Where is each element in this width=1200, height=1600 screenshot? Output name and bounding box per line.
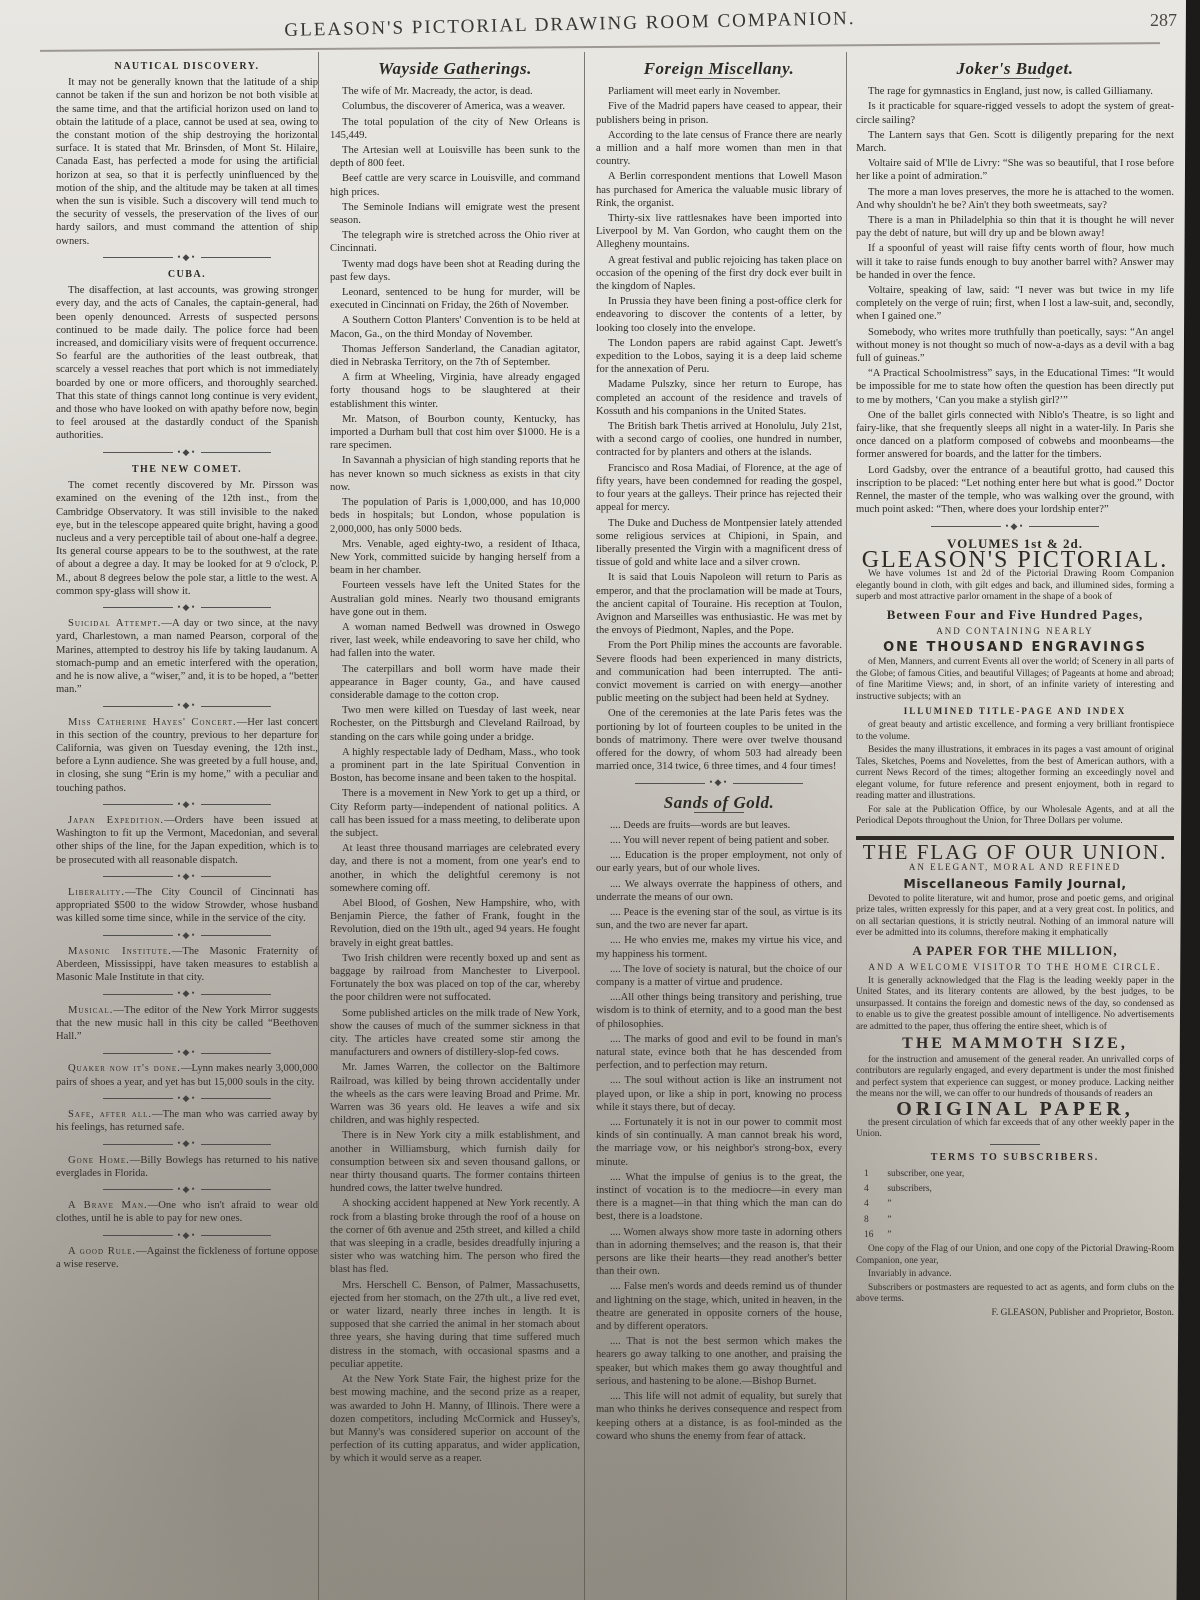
ad-subhead: A PAPER FOR THE MILLION, [856,944,1174,957]
news-item-lead: Miss Catherine Hayes' Concert. [68,717,237,728]
paragraph: Two men were killed on Tuesday of last w… [330,704,580,744]
news-item-text: —A day or two since, at the navy yard, C… [56,618,318,695]
paragraph: According to the late census of France t… [596,129,842,169]
section-title: THE NEW COMET. [56,463,318,476]
terms-row: 16” [858,1229,970,1242]
article-text: The disaffection, at last accounts, was … [56,284,318,442]
news-item-lead: A good Rule. [68,1246,136,1257]
header-rule [40,42,1160,52]
ad-text: for the instruction and amusement of the… [856,1055,1174,1101]
terms-count: 1 [858,1168,879,1181]
paragraph: .... Education is the proper employment,… [596,849,842,875]
column-news: NAUTICAL DISCOVERY. It may not be genera… [52,56,322,1600]
news-item: A Brave Man.—One who isn't afraid to wea… [56,1199,318,1225]
ad-text: Subscribers or postmasters are requested… [856,1283,1174,1306]
ad-subhead: AND A WELCOME VISITOR TO THE HOME CIRCLE… [856,961,1174,974]
news-item-lead: Gone Home. [68,1155,130,1166]
news-item: Japan Expedition.—Orders have been issue… [56,814,318,867]
column-foreign-miscellany: Foreign Miscellany. Parliament will meet… [592,56,846,1600]
ornament-divider: •◆• [56,870,318,883]
ad-text: For sale at the Publication Office, by o… [856,805,1174,828]
news-item-lead: Safe, after all. [68,1109,152,1120]
paragraph: A Berlin correspondent mentions that Low… [596,170,842,210]
ad-text: Invariably in advance. [856,1269,1174,1281]
ad-subhead: ORIGINAL PAPER, [856,1103,1174,1116]
paragraph: .... This life will not admit of equalit… [596,1390,842,1443]
masthead: GLEASON'S PICTORIAL DRAWING ROOM COMPANI… [270,8,870,43]
ad-title: THE FLAG OF OUR UNION. [856,846,1174,859]
column-jokers-budget: Joker's Budget. The rage for gymnastics … [852,56,1178,1600]
newspaper-page: GLEASON'S PICTORIAL DRAWING ROOM COMPANI… [0,0,1186,1600]
terms-label: subscriber, one year, [881,1168,970,1181]
news-item-lead: Musical. [68,1005,113,1016]
paragraph: The London papers are rabid against Capt… [596,337,842,377]
ornament-divider: •◆• [56,1046,318,1059]
paragraph: The Duke and Duchess de Montpensier late… [596,517,842,570]
column-divider [584,52,585,1600]
paragraph: The caterpillars and boll worm have made… [330,663,580,703]
short-rule [430,78,480,79]
paragraph: The more a man loves preserves, the more… [856,186,1174,212]
news-items: •◆•Suicidal Attempt.—A day or two since,… [56,601,318,1271]
paragraph: .... Fortunately it is not in our power … [596,1116,842,1169]
paragraph: Leonard, sentenced to be hung for murder… [330,286,580,312]
ad-subhead: THE MAMMOTH SIZE, [856,1037,1174,1050]
column-wayside-gatherings: Wayside Gatherings. The wife of Mr. Macr… [326,56,584,1600]
short-rule [990,78,1040,79]
terms-table: 1subscriber, one year,4subscribers,4”8”1… [856,1166,972,1244]
paragraph: .... Peace is the evening star of the so… [596,906,842,932]
paragraph-list: Parliament will meet early in November.F… [596,85,842,773]
paragraph: One of the ballet girls connected with N… [856,409,1174,462]
paragraph: If a spoonful of yeast will raise fifty … [856,242,1174,282]
terms-row: 1subscriber, one year, [858,1168,970,1181]
paragraph: A shocking accident happened at New York… [330,1197,580,1276]
ad-text: It is generally acknowledged that the Fl… [856,976,1174,1034]
news-item-lead: Liberality. [68,887,125,898]
news-item: Miss Catherine Hayes' Concert.—Her last … [56,716,318,795]
paragraph: A great festival and public rejoicing ha… [596,254,842,294]
ornament-divider: •◆• [56,1229,318,1242]
paragraph: Francisco and Rosa Madiai, of Florence, … [596,462,842,515]
news-item-lead: Quaker now it's done. [68,1063,181,1074]
paragraph: .... We always overrate the happiness of… [596,878,842,904]
ad-text: Devoted to polite literature, wit and hu… [856,894,1174,940]
ornament-divider: •◆• [56,251,318,264]
paragraph: From the Port Philip mines the accounts … [596,639,842,705]
ad-subhead: AND CONTAINING NEARLY [856,625,1174,638]
news-item: Gone Home.—Billy Bowlegs has returned to… [56,1154,318,1180]
paragraph: Mr. Matson, of Bourbon county, Kentucky,… [330,413,580,453]
ad-text: Besides the many illustrations, it embra… [856,745,1174,803]
ornament-divider: •◆• [56,601,318,614]
section-title: Foreign Miscellany. [596,62,842,75]
terms-row: 4” [858,1198,970,1211]
terms-count: 16 [858,1229,879,1242]
paragraph: “A Practical Schoolmistress” says, in th… [856,367,1174,407]
short-rule [990,1144,1040,1145]
ornament-divider: •◆• [56,987,318,1000]
paragraph: A firm at Wheeling, Virginia, have alrea… [330,371,580,411]
paragraph: Voltaire, speaking of law, said: “I neve… [856,284,1174,324]
ad-text: of Men, Manners, and current Events all … [856,657,1174,703]
article-text: The comet recently discovered by Mr. Pir… [56,479,318,598]
paragraph: .... What the impulse of genius is to th… [596,1171,842,1224]
paragraph: At the New York State Fair, the highest … [330,1373,580,1465]
paragraph: Somebody, who writes more truthfully tha… [856,326,1174,366]
paragraph: The total population of the city of New … [330,116,580,142]
short-rule [694,78,744,79]
paragraph: A woman named Bedwell was drowned in Osw… [330,621,580,661]
paragraph: A Southern Cotton Planters' Convention i… [330,314,580,340]
ornament-divider: •◆• [56,798,318,811]
paragraph: There is in New York city a milk establi… [330,1129,580,1195]
paragraph: Is it practicable for square-rigged vess… [856,100,1174,126]
sands-of-gold-list: .... Deeds are fruits—words are but leav… [596,819,842,1443]
news-item: Musical.—The editor of the New York Mirr… [56,1004,318,1044]
paragraph: Madame Pulszky, since her return to Euro… [596,378,842,418]
short-rule [694,812,744,813]
news-item: Safe, after all.—The man who was carried… [56,1108,318,1134]
paragraph: The rage for gymnastics in England, just… [856,85,1174,98]
paragraph: Thomas Jefferson Sanderland, the Canadia… [330,343,580,369]
ad-text: of great beauty and artistic excellence,… [856,720,1174,743]
section-title: Wayside Gatherings. [330,62,580,75]
terms-count: 8 [858,1214,879,1227]
advertisement-flag-of-our-union: THE FLAG OF OUR UNION. AN ELEGANT, MORAL… [856,846,1174,1319]
paragraph: .... You will never repent of being pati… [596,834,842,847]
ornament-divider: •◆• [56,1092,318,1105]
terms-label: ” [881,1198,970,1211]
paragraph-list: The wife of Mr. Macready, the actor, is … [330,85,580,1465]
terms-count: 4 [858,1183,879,1196]
paragraph: .... That is not the best sermon which m… [596,1335,842,1388]
paragraph: One of the ceremonies at the late Paris … [596,707,842,773]
news-item-lead: Masonic Institute. [68,946,172,957]
paragraph: Mrs. Venable, aged eighty-two, a residen… [330,538,580,578]
ornament-divider: •◆• [596,776,842,789]
paragraph: Some published articles on the milk trad… [330,1007,580,1060]
paragraph: Mrs. Herschell C. Benson, of Palmer, Mas… [330,1279,580,1371]
paragraph: In Prussia they have been fining a post-… [596,295,842,335]
terms-label: subscribers, [881,1183,970,1196]
section-title: Joker's Budget. [856,62,1174,75]
ornament-divider: •◆• [56,929,318,942]
news-item-lead: A Brave Man. [68,1200,148,1211]
terms-row: 8” [858,1214,970,1227]
news-item: Suicidal Attempt.—A day or two since, at… [56,617,318,696]
ad-subhead: Miscellaneous Family Journal, [856,877,1174,890]
paragraph: The telegraph wire is stretched across t… [330,229,580,255]
paragraph: Twenty mad dogs have been shot at Readin… [330,258,580,284]
paragraph: Beef cattle are very scarce in Louisvill… [330,172,580,198]
paragraph: The Artesian well at Louisville has been… [330,144,580,170]
ad-text: We have volumes 1st and 2d of the Pictor… [856,569,1174,604]
news-item: Liberality.—The City Council of Cincinna… [56,886,318,926]
paragraph: The Lantern says that Gen. Scott is dili… [856,129,1174,155]
paragraph: .... The soul without action is like an … [596,1074,842,1114]
paragraph: There is a movement in New York to get u… [330,787,580,840]
ornament-divider: •◆• [56,1183,318,1196]
article-text: It may not be generally known that the l… [56,76,318,248]
news-item-lead: Japan Expedition. [68,815,164,826]
terms-title: TERMS TO SUBSCRIBERS. [856,1151,1174,1164]
paragraph: A highly respectable lady of Dedham, Mas… [330,746,580,786]
paragraph: The Seminole Indians will emigrate west … [330,201,580,227]
terms-count: 4 [858,1198,879,1211]
paragraph: Voltaire said of M'lle de Livry: “She wa… [856,157,1174,183]
ornament-divider: •◆• [56,1137,318,1150]
paragraph: .... False men's words and deeds remind … [596,1280,842,1333]
ornament-divider: •◆• [856,520,1174,533]
ad-subhead: ONE THOUSAND ENGRAVINGS [856,641,1174,654]
ad-text: One copy of the Flag of our Union, and o… [856,1244,1174,1267]
paragraph: .... The love of society is natural, but… [596,963,842,989]
paragraph: .... Deeds are fruits—words are but leav… [596,819,842,832]
paragraph: .... He who envies me, makes my virtue h… [596,934,842,960]
paragraph: ....All other things being transitory an… [596,991,842,1031]
column-divider [846,52,847,1600]
ad-subhead: ILLUMINED TITLE-PAGE AND INDEX [856,705,1174,718]
paragraph: In Savannah a physician of high standing… [330,454,580,494]
paragraph: Two Irish children were recently boxed u… [330,952,580,1005]
paragraph: .... Women always show more taste in ado… [596,1226,842,1279]
section-title: CUBA. [56,268,318,281]
ad-subhead: Between Four and Five Hundred Pages, [856,608,1174,621]
paragraph: Five of the Madrid papers have ceased to… [596,100,842,126]
ad-title: GLEASON'S PICTORIAL. [856,554,1174,567]
ornament-divider: •◆• [56,699,318,712]
terms-row: 4subscribers, [858,1183,970,1196]
ornament-divider: •◆• [56,446,318,459]
ad-publisher: F. GLEASON, Publisher and Proprietor, Bo… [856,1308,1174,1320]
paragraph: Parliament will meet early in November. [596,85,842,98]
paragraph: The population of Paris is 1,000,000, an… [330,496,580,536]
paragraph: At least three thousand marriages are ce… [330,842,580,895]
paragraph: Mr. James Warren, the collector on the B… [330,1061,580,1127]
section-title: Sands of Gold. [596,796,842,809]
section-title: NAUTICAL DISCOVERY. [56,60,318,73]
paragraph: Abel Blood, of Goshen, New Hampshire, wh… [330,897,580,950]
ad-text: the present circulation of which far exc… [856,1118,1174,1141]
news-item: Quaker now it's done.—Lynn makes nearly … [56,1062,318,1088]
advertisement-gleasons-pictorial: VOLUMES 1st & 2d. GLEASON'S PICTORIAL. W… [856,537,1174,828]
news-item-lead: Suicidal Attempt. [68,618,161,629]
terms-label: ” [881,1214,970,1227]
paragraph: Fourteen vessels have left the United St… [330,579,580,619]
news-item: A good Rule.—Against the fickleness of f… [56,1245,318,1271]
paragraph: The wife of Mr. Macready, the actor, is … [330,85,580,98]
paragraph: Columbus, the discoverer of America, was… [330,100,580,113]
paragraph: It is said that Louis Napoleon will retu… [596,571,842,637]
news-item: Masonic Institute.—The Masonic Fraternit… [56,945,318,985]
paragraph: .... The marks of good and evil to be fo… [596,1033,842,1073]
news-item-text: —Her last concert in this section of the… [56,717,318,794]
paragraph-list: The rage for gymnastics in England, just… [856,85,1174,516]
paragraph: The British bark Thetis arrived at Honol… [596,420,842,460]
terms-label: ” [881,1229,970,1242]
paragraph: Thirty-six live rattlesnakes have been i… [596,212,842,252]
paragraph: Lord Gadsby, over the entrance of a beau… [856,464,1174,517]
page-number: 287 [1150,10,1177,31]
paragraph: There is a man in Philadelphia so thin t… [856,214,1174,240]
